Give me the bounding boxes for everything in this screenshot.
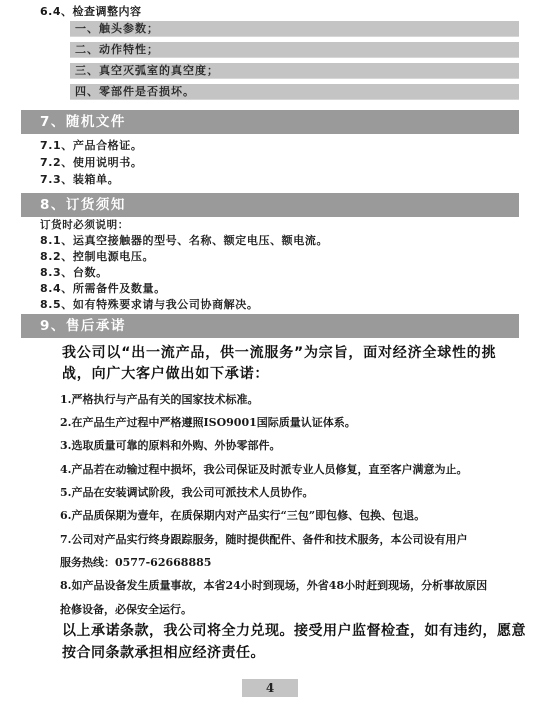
list-item: 8.4、所需备件及数量。 [40,282,166,296]
subsection-heading-6-4: 6.4、检查调整内容 [40,5,142,19]
list-item: 8.2、控制电源电压。 [40,250,154,264]
promise-item: 6.产品质保期为壹年，在质保期内对产品实行“三包”即包修、包换、包退。 [60,509,425,523]
promise-item: 2.在产品生产过程中严格遵照ISO9001国际质量认证体系。 [60,416,356,430]
list-item: 8.5、如有特殊要求请与我公司协商解决。 [40,298,259,312]
closing-statement-line: 以上承诺条款，我公司将全力兑现。接受用户监督检查，如有违约，愿意 [62,622,526,640]
promise-item: 8.如产品设备发生质量事故，本省24小时到现场，外省48小时赶到现场，分析事故原… [60,579,487,593]
service-hotline: 服务热线：0577-62668885 [60,556,211,570]
check-item: 三、真空灭弧室的真空度； [70,63,519,79]
check-item: 一、触头参数； [70,21,519,37]
list-item: 8.1、运真空接触器的型号、名称、额定电压、额电流。 [40,234,328,248]
list-item: 8.3、台数。 [40,266,108,280]
list-item: 7.3、装箱单。 [40,173,119,187]
page-number: 4 [242,679,298,697]
promise-item: 4.产品若在动输过程中损坏，我公司保证及时派专业人员修复，直至客户满意为止。 [60,463,467,477]
promise-item: 5.产品在安装调试阶段，我公司可派技术人员协作。 [60,486,313,500]
commitment-intro-line: 我公司以“出一流产品，供一流服务”为宗旨，面对经济全球性的挑 [62,344,496,362]
section-header-accompanying-documents: 7、随机文件 [21,110,519,134]
promise-item: 7.公司对产品实行终身跟踪服务，随时提供配件、备件和技术服务，本公司设有用户 [60,533,467,547]
section-header-ordering-notes: 8、订货须知 [21,193,519,217]
check-item: 二、动作特性； [70,42,519,58]
promise-item: 3.选取质量可靠的原料和外购、外协零部件。 [60,439,280,453]
promise-item: 1.严格执行与产品有关的国家技术标准。 [60,393,258,407]
list-item: 7.2、使用说明书。 [40,156,143,170]
check-item: 四、零部件是否损坏。 [70,84,519,100]
closing-statement-line: 按合同条款承担相应经济责任。 [62,644,265,662]
section-header-after-sales-commitment: 9、售后承诺 [21,314,519,338]
ordering-intro: 订货时必须说明： [40,218,129,232]
promise-item: 抢修设备，必保安全运行。 [60,603,192,617]
commitment-intro-line: 战，向广大客户做出如下承诺： [62,365,269,383]
list-item: 7.1、产品合格证。 [40,139,143,153]
